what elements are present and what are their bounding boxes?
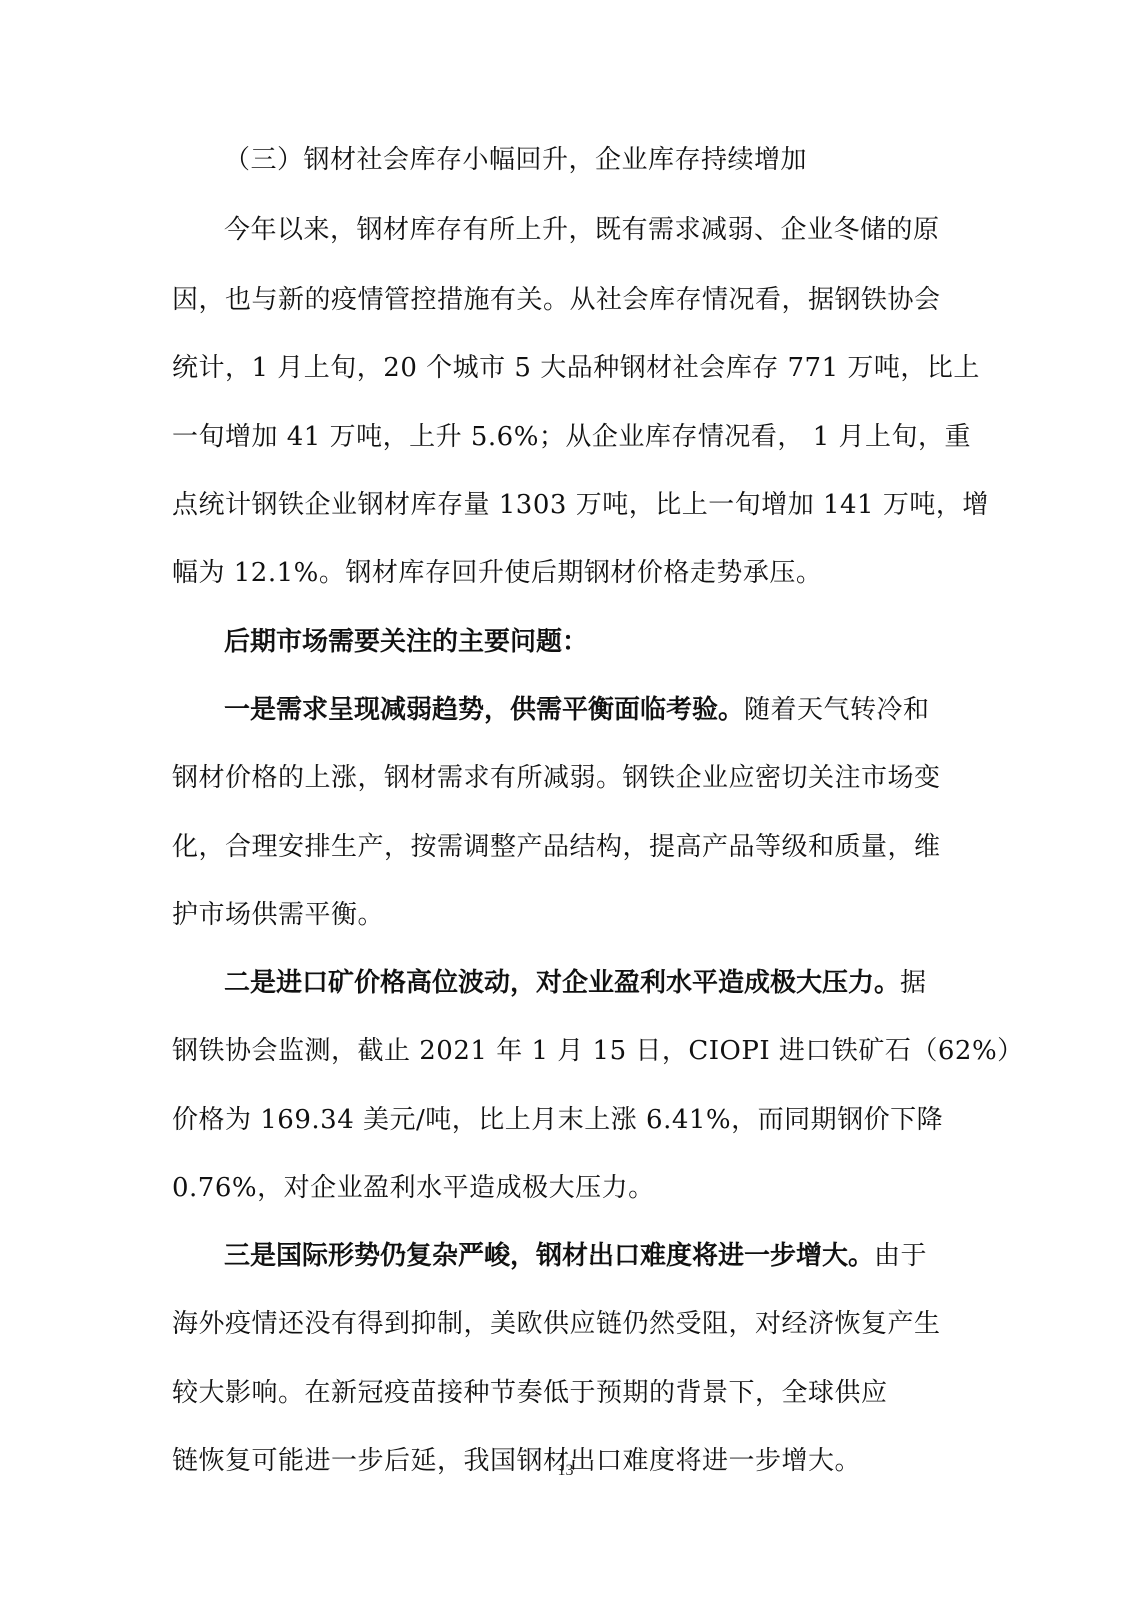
paragraph-line: 今年以来，钢材库存有所上升，既有需求减弱、企业冬储的原	[224, 210, 940, 250]
paragraph-line: 钢材价格的上涨，钢材需求有所减弱。钢铁企业应密切关注市场变	[172, 758, 941, 798]
issues-heading: 后期市场需要关注的主要问题：	[224, 622, 588, 662]
issue-1-text: 随着天气转冷和	[744, 695, 930, 725]
paragraph-line: 二是进口矿价格高位波动，对企业盈利水平造成极大压力。据	[224, 963, 927, 1003]
issue-2-lead: 二是进口矿价格高位波动，对企业盈利水平造成极大压力。	[224, 968, 900, 998]
paragraph-line: 一旬增加 41 万吨，上升 5.6%；从企业库存情况看， 1 月上旬，重	[172, 417, 971, 457]
section-heading: （三）钢材社会库存小幅回升，企业库存持续增加	[224, 140, 807, 180]
issue-1-lead: 一是需求呈现减弱趋势，供需平衡面临考验。	[224, 695, 744, 725]
paragraph-line: 三是国际形势仍复杂严峻，钢材出口难度将进一步增大。由于	[224, 1236, 927, 1276]
issue-3-lead: 三是国际形势仍复杂严峻，钢材出口难度将进一步增大。	[224, 1241, 874, 1271]
paragraph-line: 护市场供需平衡。	[172, 895, 384, 935]
paragraph-line: 点统计钢铁企业钢材库存量 1303 万吨，比上一旬增加 141 万吨，增	[172, 485, 989, 525]
issue-2-text: 据	[900, 968, 927, 998]
paragraph-line: 化，合理安排生产，按需调整产品结构，提高产品等级和质量，维	[172, 827, 941, 867]
paragraph-line: 较大影响。在新冠疫苗接种节奏低于预期的背景下，全球供应	[172, 1373, 888, 1413]
page-number: 13	[0, 1462, 1131, 1480]
paragraph-line: 统计，1 月上旬，20 个城市 5 大品种钢材社会库存 771 万吨，比上	[172, 348, 980, 388]
paragraph-line: 幅为 12.1%。钢材库存回升使后期钢材价格走势承压。	[172, 553, 822, 593]
paragraph-line: 钢铁协会监测，截止 2021 年 1 月 15 日，CIOPI 进口铁矿石（62…	[172, 1031, 1024, 1071]
paragraph-line: 价格为 169.34 美元/吨，比上月末上涨 6.41%，而同期钢价下降	[172, 1100, 943, 1140]
issue-3-text: 由于	[874, 1241, 927, 1271]
paragraph-line: 一是需求呈现减弱趋势，供需平衡面临考验。随着天气转冷和	[224, 690, 930, 730]
paragraph-line: 0.76%，对企业盈利水平造成极大压力。	[172, 1168, 655, 1208]
paragraph-line: 因，也与新的疫情管控措施有关。从社会库存情况看，据钢铁协会	[172, 280, 941, 320]
paragraph-line: 海外疫情还没有得到抑制，美欧供应链仍然受阻，对经济恢复产生	[172, 1304, 941, 1344]
